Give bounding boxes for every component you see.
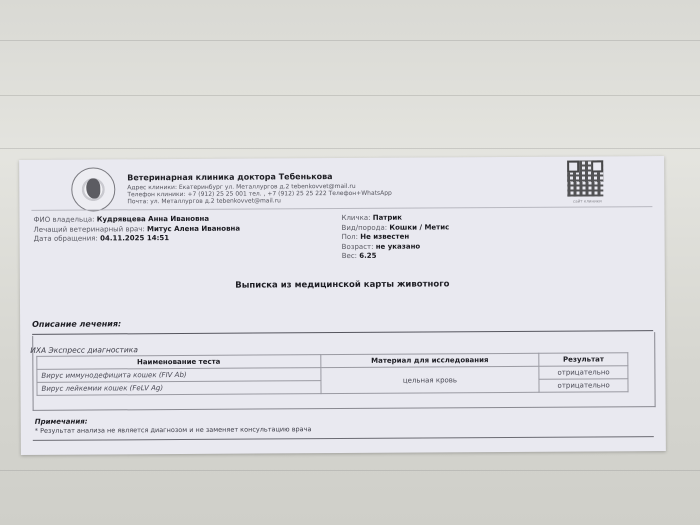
test-material: цельная кровь: [321, 366, 540, 393]
vet-name: Митус Алена Ивановна: [147, 224, 240, 233]
header-divider: [31, 206, 652, 211]
pet-weight-row: Вес: 6.25: [342, 251, 450, 261]
bottom-divider: [33, 436, 654, 441]
qr-code-icon: [567, 160, 603, 196]
test-name: Вирус лейкемии кошек (FeLV Ag): [37, 381, 321, 396]
qr-caption: сайт клиники: [567, 198, 607, 203]
document-title: Выписка из медицинской карты животного: [20, 278, 665, 292]
test-result: отрицательно: [539, 379, 628, 393]
pet-species-row: Вид/порода: Кошки / Метис: [341, 223, 449, 233]
pet-sex: Не известен: [360, 233, 409, 241]
owner-info: ФИО владельца: Кудрявцева Анна Ивановна …: [33, 215, 240, 245]
clinic-name: Ветеринарная клиника доктора Тебенькова: [127, 172, 332, 182]
visit-date: 04.11.2025 14:51: [100, 234, 169, 242]
test-result: отрицательно: [539, 366, 628, 380]
pet-info: Кличка: Патрик Вид/порода: Кошки / Метис…: [341, 213, 449, 261]
pet-species: Кошки / Метис: [389, 223, 449, 231]
date-row: Дата обращения: 04.11.2025 14:51: [34, 234, 241, 245]
notes-label: Примечания:: [35, 418, 88, 426]
medical-record-sheet: Ветеринарная клиника доктора Тебенькова …: [19, 156, 666, 455]
owner-name: Кудрявцева Анна Ивановна: [97, 215, 209, 224]
table-plank-seam: [0, 470, 700, 471]
pet-name: Патрик: [373, 214, 402, 222]
notes-text: * Результат анализа не является диагнозо…: [35, 425, 312, 435]
test-results-table: Наименование теста Материал для исследов…: [36, 352, 628, 396]
clinic-logo-icon: [71, 167, 115, 211]
diagnostics-title: ИХА Экспресс диагностика: [30, 345, 138, 355]
header-material: Материал для исследования: [320, 353, 539, 367]
table-plank-seam: [0, 95, 700, 96]
table-plank-seam: [0, 40, 700, 41]
clinic-mail: Почта: ул. Металлургов д.2 tebenkovvet@m…: [127, 197, 281, 205]
header-result: Результат: [539, 353, 628, 367]
table-plank-seam: [0, 148, 700, 149]
treatment-label: Описание лечения:: [32, 319, 121, 329]
pet-weight: 6.25: [359, 252, 376, 260]
pet-age: не указано: [376, 242, 421, 250]
